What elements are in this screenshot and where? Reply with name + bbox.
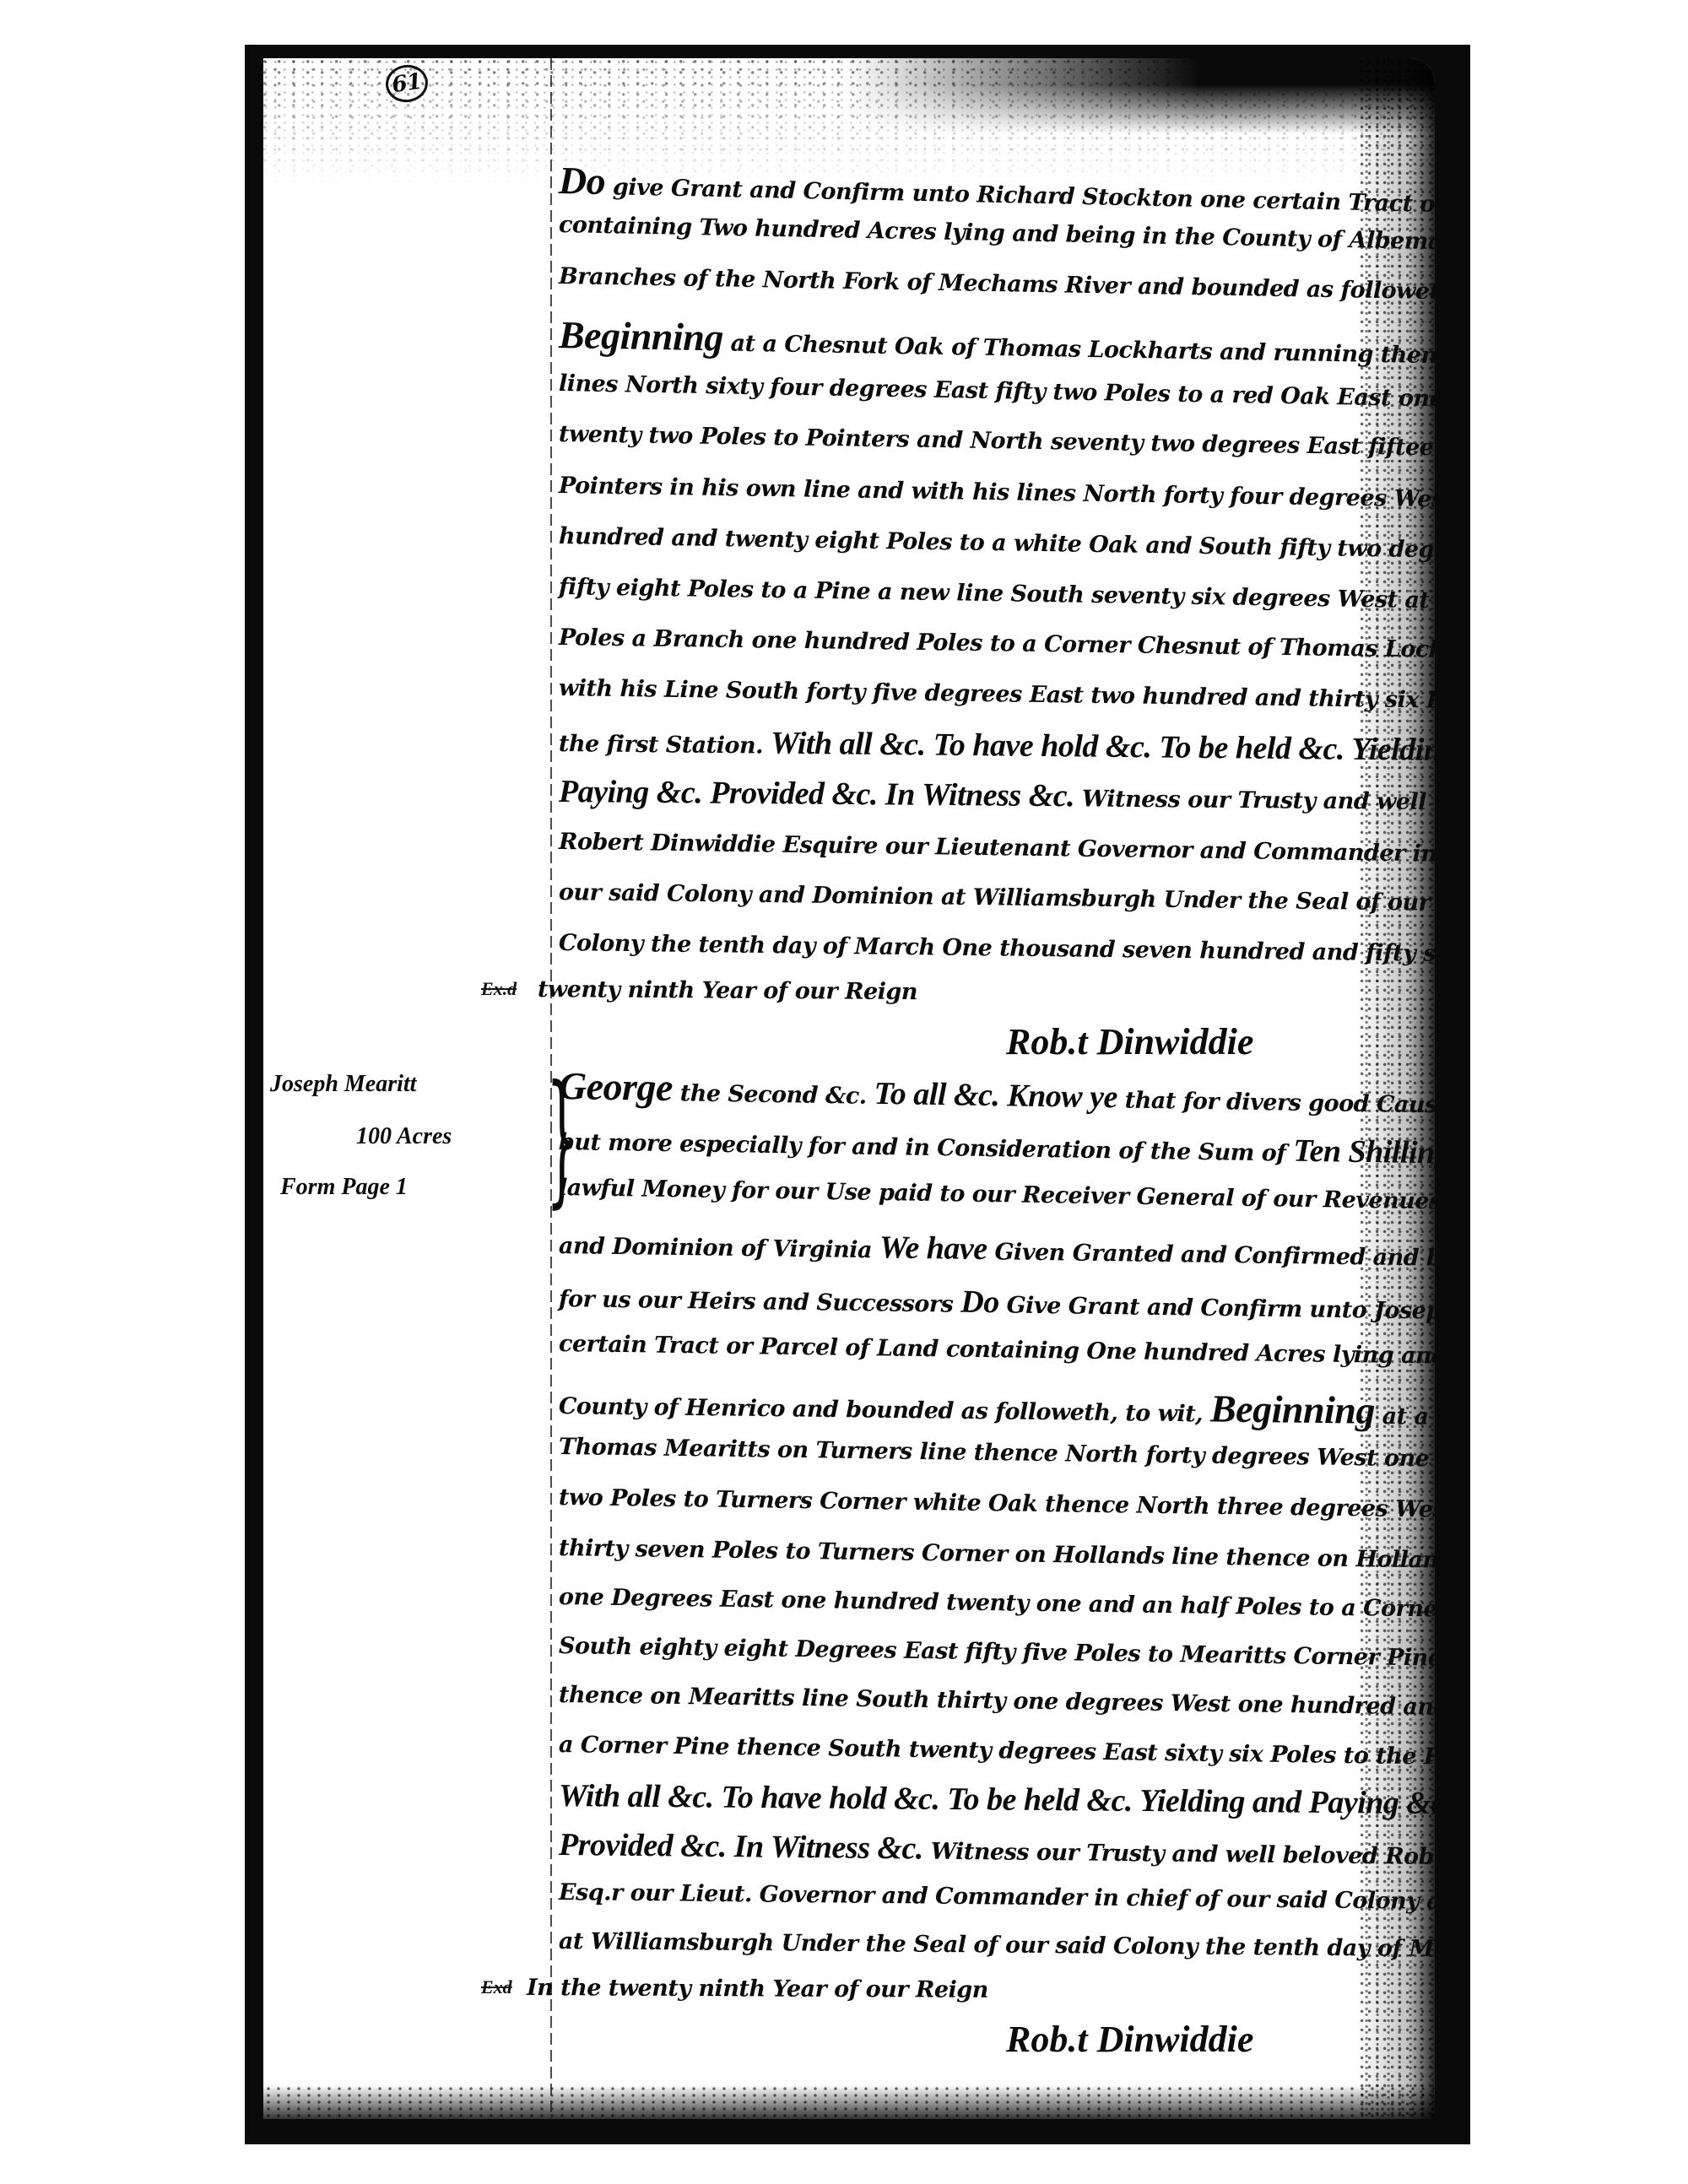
proviso-clause: Provided &c. In Witness &c. — [559, 1827, 923, 1867]
page-grime-top — [263, 58, 1435, 185]
text-line-rest: that for divers good Causes & Considerat… — [1125, 1088, 1435, 1122]
manuscript-page: 61 Do Do give Grant and Confirm unto Ric… — [263, 58, 1435, 2119]
king-name: George — [559, 1064, 674, 1109]
text-line-rest: Witness our Trusty and well beloved — [1082, 786, 1435, 816]
salutation: To all &c. Know ye — [874, 1076, 1117, 1116]
text-line: one Degrees East one hundred twenty one … — [559, 1586, 1435, 1624]
signature-dinwiddie: Rob.t Dinwiddie — [1006, 1020, 1253, 1063]
text-line: Branches of the North Fork of Mechams Ri… — [559, 265, 1435, 305]
margin-acreage: 100 Acres — [356, 1123, 452, 1150]
text-line: Esq.r our Lieut. Governor and Commander … — [559, 1881, 1435, 1915]
text-line-rest: at a Chesnut Oak of Thomas Lockharts and… — [730, 331, 1435, 371]
habendum-clause: With all &c. To have hold &c. To be held… — [771, 726, 1435, 769]
text-line: certain Tract or Parcel of Land containi… — [559, 1333, 1435, 1370]
text-line-rest: the first Station. — [559, 731, 763, 760]
text-line: George the Second &c. To all &c. Know ye… — [559, 1067, 1435, 1123]
text-line: Beginning at a Chesnut Oak of Thomas Loc… — [559, 316, 1435, 372]
text-line: thirty seven Poles to Turners Corner on … — [559, 1537, 1435, 1575]
text-line: at Williamsburgh Under the Seal of our s… — [559, 1930, 1435, 1962]
text-line: the first Station. With all &c. To have … — [559, 725, 1435, 767]
text-line: two Poles to Turners Corner white Oak th… — [559, 1486, 1435, 1524]
margin-grantee-name: Joseph Mearitt — [270, 1071, 416, 1098]
text-line: hundred and twenty eight Poles to a whit… — [559, 525, 1435, 564]
examined-mark: Exd — [481, 1976, 512, 1998]
text-line: With all &c. To have hold &c. To be held… — [559, 1780, 1435, 1819]
text-line-rest: Witness our Trusty and well beloved Robe… — [931, 1839, 1435, 1872]
page-grime-bottom — [263, 2085, 1435, 2119]
text-line-rest: but more especially for and in Considera… — [559, 1129, 1286, 1167]
text-line: Pointers in his own line and with his li… — [559, 474, 1435, 512]
examined-mark: Ex.d — [481, 978, 517, 1000]
page-number: 61 — [383, 62, 430, 105]
text-line-rest: give Grant and Confirm unto Richard Stoc… — [613, 174, 1435, 220]
text-line: South eighty eight Degrees East fifty fi… — [559, 1635, 1435, 1673]
text-line: twenty ninth Year of our Reign — [538, 978, 917, 1003]
text-line: our said Colony and Dominion at Williams… — [559, 881, 1435, 915]
text-line: Provided &c. In Witness &c. Witness our … — [559, 1829, 1435, 1872]
text-line: Robert Dinwiddie Esquire our Lieutenant … — [559, 830, 1435, 867]
text-line: thence on Mearitts line South thirty one… — [559, 1684, 1435, 1722]
text-line-rest: at a Corner of — [1382, 1403, 1435, 1431]
text-line: Paying &c. Provided &c. In Witness &c. W… — [559, 776, 1435, 816]
text-line: lawful Money for our Use paid to our Rec… — [559, 1176, 1435, 1217]
we-have-word: We have — [879, 1230, 987, 1267]
do-word: Do — [960, 1284, 999, 1321]
text-line-rest: the Second &c. — [680, 1080, 867, 1109]
text-line: for us our Heirs and Successors Do Give … — [559, 1280, 1435, 1327]
text-line: a Corner Pine thence South twenty degree… — [559, 1733, 1435, 1770]
beginning-word: Beginning — [1210, 1387, 1376, 1431]
text-line: but more especially for and in Considera… — [559, 1123, 1435, 1172]
page-shadow-top-right — [844, 58, 1435, 134]
margin-form-page: Form Page 1 — [280, 1174, 408, 1201]
initial-word: Do — [558, 159, 605, 203]
text-line-rest: Given Granted and Confirmed and by these… — [994, 1239, 1435, 1274]
text-line-rest: and Dominion of Virginia — [559, 1233, 872, 1263]
text-line: Colony the tenth day of March One thousa… — [559, 932, 1435, 966]
text-line: fifty eight Poles to a Pine a new line S… — [559, 576, 1435, 614]
text-line-rest: for us our Heirs and Successors — [559, 1286, 954, 1318]
text-line-rest: Give Grant and Confirm unto Joseph Meari… — [1006, 1292, 1435, 1327]
text-line: containing Two hundred Acres lying and b… — [559, 214, 1435, 256]
consideration-amount: Ten Shillings — [1293, 1133, 1435, 1171]
habendum-clause: With all &c. To have hold &c. To be held… — [559, 1778, 1435, 1821]
text-line: Do Do give Grant and Confirm unto Richar… — [559, 161, 1435, 221]
scan-border: 61 Do Do give Grant and Confirm unto Ric… — [245, 45, 1470, 2144]
text-line: lines North sixty four degrees East fift… — [559, 372, 1435, 414]
beginning-word: Beginning — [559, 313, 724, 359]
text-line: and Dominion of Virginia We have Given G… — [559, 1227, 1435, 1274]
text-line: In the twenty ninth Year of our Reign — [527, 1976, 988, 2002]
text-line: twenty two Poles to Pointers and North s… — [559, 423, 1435, 462]
text-line: County of Henrico and bounded as followe… — [559, 1381, 1435, 1432]
text-line-rest: County of Henrico and bounded as followe… — [559, 1393, 1204, 1427]
text-line: Poles a Branch one hundred Poles to a Co… — [559, 626, 1435, 663]
text-line: Thomas Mearitts on Turners line thence N… — [559, 1435, 1435, 1473]
text-line: with his Line South forty five degrees E… — [559, 677, 1435, 713]
signature-dinwiddie: Rob.t Dinwiddie — [1006, 2018, 1253, 2061]
proviso-clause: Paying &c. Provided &c. In Witness &c. — [559, 774, 1074, 814]
